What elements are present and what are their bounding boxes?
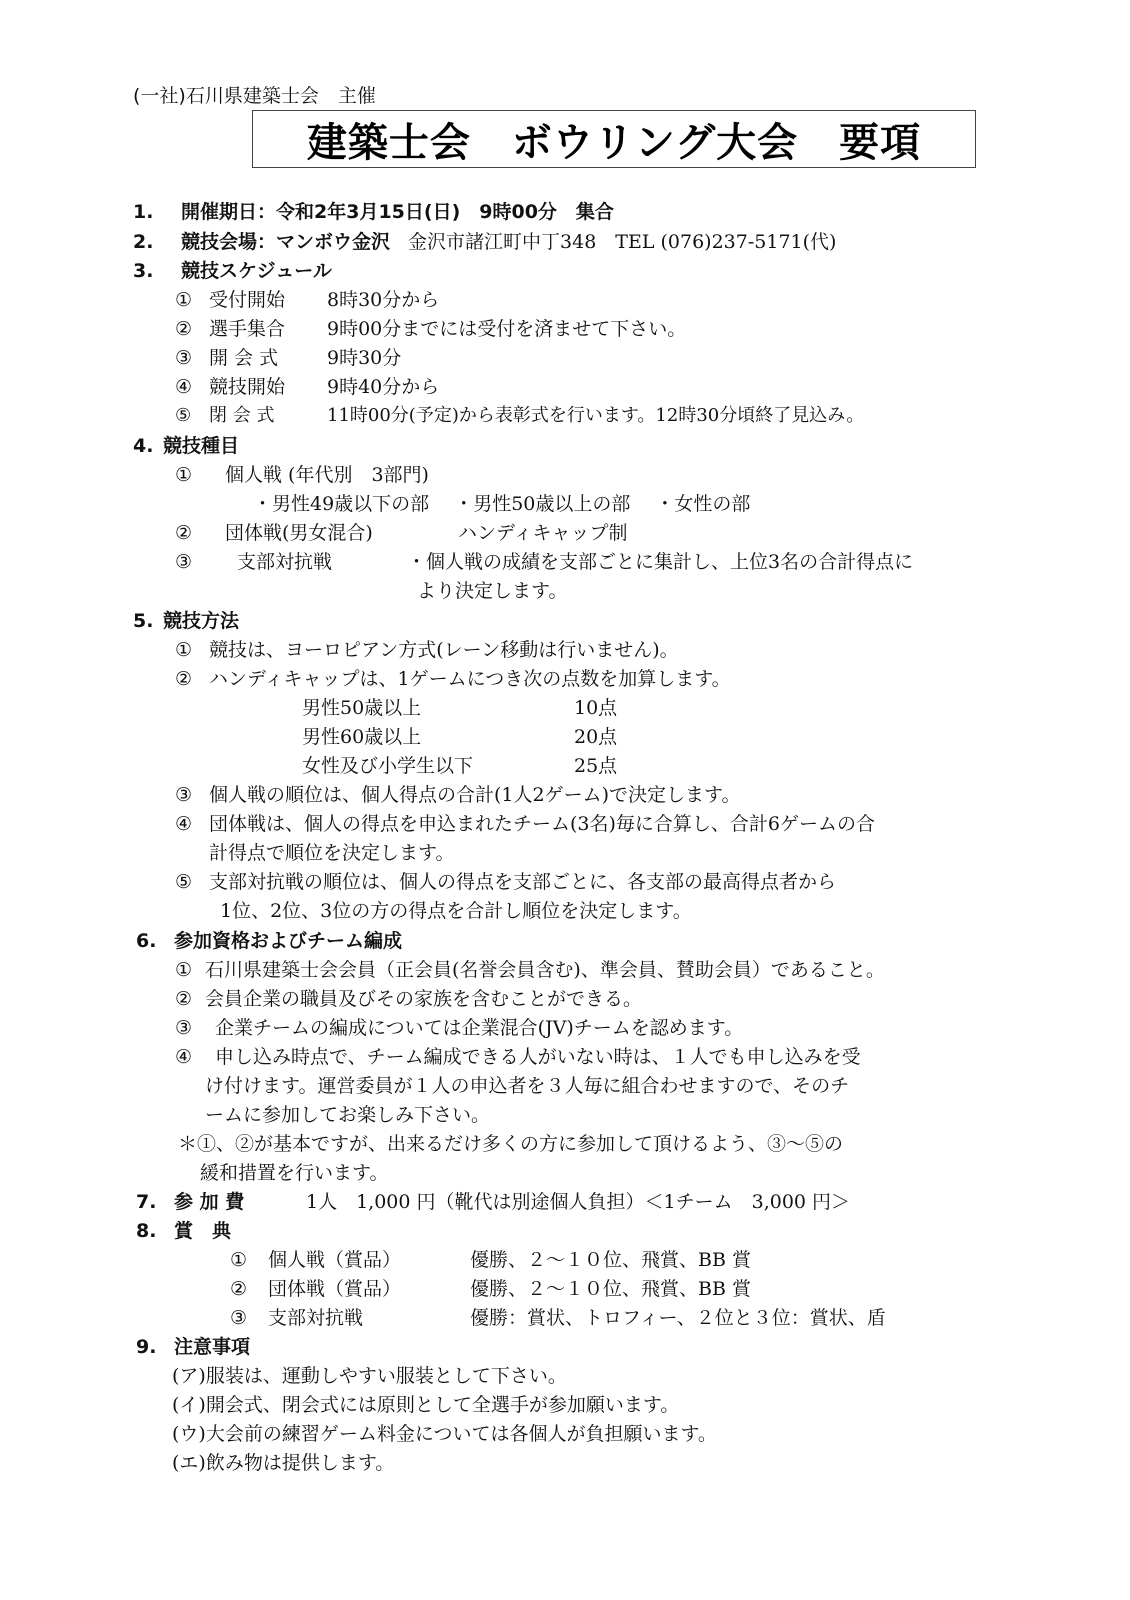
document-page: (一社)石川県建築士会 主催 建築士会 ボウリング大会 要項 1.開催期日：令和… (0, 0, 1130, 1600)
item-text: 競技は、ヨーロピアン方式(レーン移動は行いません)。 (209, 639, 679, 661)
item-value: 優勝：賞状、トロフィー、２位と３位：賞状、盾 (470, 1307, 886, 1329)
section-number: 9. (136, 1333, 174, 1361)
item-name: 個人戦 (年代別 3部門) (225, 464, 429, 486)
event-type-item: ①個人戦 (年代別 3部門) (175, 461, 429, 489)
venue-address: 金沢市諸江町中丁348 TEL (076)237-5171(代) (408, 231, 836, 253)
eligibility-note: ＊①、②が基本ですが、出来るだけ多くの方に参加して頂けるよう、③～⑤の (178, 1130, 843, 1158)
item-text: 会員企業の職員及びその家族を含むことができる。 (205, 988, 642, 1010)
item-value: 優勝、２～１０位、飛賞、BB 賞 (470, 1249, 751, 1271)
item-mark: ② (175, 665, 209, 693)
item-name: 団体戦(男女混合) (225, 519, 458, 547)
section-9-heading: 9.注意事項 (136, 1333, 250, 1361)
eligibility-item: ①石川県建築士会会員（正会員(名誉会員含む)、準会員、賛助会員）であること。 (175, 956, 885, 984)
section-number: 4. (133, 432, 163, 460)
item-value: ハンディキャップ制 (458, 522, 627, 544)
section-number: 5. (133, 607, 163, 635)
schedule-item: ④競技開始9時40分から (175, 373, 439, 401)
participation-fee: 1人 1,000 円（靴代は別途個人負担）＜1チーム 3,000 円＞ (306, 1191, 850, 1213)
method-item: ⑤支部対抗戦の順位は、個人の得点を支部ごとに、各支部の最高得点者から (175, 868, 836, 896)
section-number: 1. (133, 198, 181, 226)
eligibility-item: ③企業チームの編成については企業混合(JV)チームを認めます。 (175, 1014, 743, 1042)
item-text: 石川県建築士会会員（正会員(名誉会員含む)、準会員、賛助会員）であること。 (205, 959, 885, 981)
handicap-points: 25点 (574, 755, 617, 777)
item-mark: ③ (175, 548, 237, 576)
section-label: 競技会場： (181, 231, 276, 253)
item-mark: ① (175, 286, 209, 314)
item-mark: ③ (175, 781, 209, 809)
schedule-item: ⑤閉 会 式11時00分(予定)から表彰式を行います。12時30分頃終了見込み。 (175, 402, 864, 430)
section-8-heading: 8.賞 典 (136, 1217, 231, 1245)
item-name: 閉 会 式 (209, 402, 327, 430)
section-label: 競技種目 (163, 435, 239, 457)
section-number: 7. (136, 1188, 174, 1216)
eligibility-item: ②会員企業の職員及びその家族を含むことができる。 (175, 985, 642, 1013)
section-1: 1.開催期日：令和2年3月15日(日) 9時00分 集合 (133, 198, 614, 226)
item-text: ハンディキャップは、1ゲームにつき次の点数を加算します。 (209, 668, 731, 690)
section-3-heading: 3.競技スケジュール (133, 257, 332, 285)
handicap-row: 女性及び小学生以下25点 (302, 752, 617, 780)
eligibility-item-continued: け付けます。運営委員が１人の申込者を３人毎に組合わせますので、そのチ (205, 1072, 849, 1100)
item-name: 支部対抗戦 (268, 1304, 470, 1332)
section-number: 3. (133, 257, 181, 285)
title-box: 建築士会 ボウリング大会 要項 (252, 110, 976, 168)
item-value: 9時00分までには受付を済ませて下さい。 (327, 318, 686, 340)
item-value: 優勝、２～１０位、飛賞、BB 賞 (470, 1278, 751, 1300)
item-mark: ④ (175, 373, 209, 401)
notice-item: (ウ)大会前の練習ゲーム料金については各個人が負担願います。 (172, 1420, 717, 1448)
notice-item: (エ)飲み物は提供します。 (172, 1449, 394, 1477)
event-type-item: ②団体戦(男女混合)ハンディキャップ制 (175, 519, 627, 547)
handicap-row: 男性60歳以上20点 (302, 723, 617, 751)
award-item: ③支部対抗戦優勝：賞状、トロフィー、２位と３位：賞状、盾 (230, 1304, 886, 1332)
method-item-continued: 計得点で順位を決定します。 (209, 839, 454, 867)
item-name: 開 会 式 (209, 344, 327, 372)
section-label: 注意事項 (174, 1336, 250, 1358)
schedule-item: ①受付開始8時30分から (175, 286, 439, 314)
eligibility-item-continued: ームに参加してお楽しみ下さい。 (205, 1101, 490, 1129)
section-number: 6. (136, 927, 174, 955)
eligibility-note-continued: 緩和措置を行います。 (200, 1159, 388, 1187)
item-text: 個人戦の順位は、個人得点の合計(1人2ゲーム)で決定します。 (209, 784, 740, 806)
item-mark: ③ (175, 1014, 215, 1042)
item-text: 申し込み時点で、チーム編成できる人がいない時は、１人でも申し込みを受 (215, 1046, 861, 1068)
item-name: 選手集合 (209, 315, 327, 343)
section-label: 参 加 費 (174, 1188, 306, 1216)
award-item: ①個人戦（賞品）優勝、２～１０位、飛賞、BB 賞 (230, 1246, 751, 1274)
item-text: 支部対抗戦の順位は、個人の得点を支部ごとに、各支部の最高得点者から (209, 871, 836, 893)
item-value: 9時30分 (327, 347, 401, 369)
section-6-heading: 6.参加資格およびチーム編成 (136, 927, 402, 955)
event-date: 令和2年3月15日(日) 9時00分 集合 (276, 201, 614, 223)
method-item: ④団体戦は、個人の得点を申込まれたチーム(3名)毎に合算し、合計6ゲームの合 (175, 810, 875, 838)
section-label: 競技スケジュール (181, 260, 332, 282)
notice-item: (イ)開会式、閉会式には原則として全選手が参加願います。 (172, 1391, 679, 1419)
handicap-category: 女性及び小学生以下 (302, 752, 574, 780)
handicap-category: 男性50歳以上 (302, 694, 574, 722)
method-item: ③個人戦の順位は、個人得点の合計(1人2ゲーム)で決定します。 (175, 781, 740, 809)
item-name: 受付開始 (209, 286, 327, 314)
item-mark: ① (175, 636, 209, 664)
section-label: 競技方法 (163, 610, 239, 632)
schedule-item: ③開 会 式9時30分 (175, 344, 401, 372)
section-number: 8. (136, 1217, 174, 1245)
handicap-row: 男性50歳以上10点 (302, 694, 617, 722)
schedule-item: ②選手集合9時00分までには受付を済ませて下さい。 (175, 315, 686, 343)
item-mark: ② (175, 519, 225, 547)
item-value: 11時00分(予定)から表彰式を行います。12時30分頃終了見込み。 (327, 405, 864, 426)
method-item: ②ハンディキャップは、1ゲームにつき次の点数を加算します。 (175, 665, 731, 693)
item-mark: ① (175, 461, 225, 489)
item-mark: ⑤ (175, 402, 209, 430)
item-text: 企業チームの編成については企業混合(JV)チームを認めます。 (215, 1017, 743, 1039)
award-item: ②団体戦（賞品）優勝、２～１０位、飛賞、BB 賞 (230, 1275, 751, 1303)
section-2: 2.競技会場：マンボウ金沢金沢市諸江町中丁348 TEL (076)237-51… (133, 228, 836, 256)
item-name: 個人戦（賞品） (268, 1246, 470, 1274)
item-text: 団体戦は、個人の得点を申込まれたチーム(3名)毎に合算し、合計6ゲームの合 (209, 813, 875, 835)
item-name: 支部対抗戦 (237, 548, 407, 576)
method-item-continued: 1位、2位、3位の方の得点を合計し順位を決定します。 (220, 897, 692, 925)
eligibility-item: ④申し込み時点で、チーム編成できる人がいない時は、１人でも申し込みを受 (175, 1043, 861, 1071)
item-name: 競技開始 (209, 373, 327, 401)
item-mark: ① (230, 1246, 268, 1274)
item-mark: ④ (175, 810, 209, 838)
handicap-points: 20点 (574, 726, 617, 748)
item-mark: ④ (175, 1043, 215, 1071)
item-value: 8時30分から (327, 289, 439, 311)
venue-name: マンボウ金沢 (276, 231, 390, 253)
section-4-heading: 4.競技種目 (133, 432, 239, 460)
item-mark: ③ (175, 344, 209, 372)
handicap-category: 男性60歳以上 (302, 723, 574, 751)
handicap-points: 10点 (574, 697, 617, 719)
event-type-item: ③支部対抗戦・個人戦の成績を支部ごとに集計し、上位3名の合計得点に (175, 548, 913, 576)
item-mark: ② (230, 1275, 268, 1303)
item-mark: ① (175, 956, 205, 984)
section-label: 参加資格およびチーム編成 (174, 930, 402, 952)
item-mark: ② (175, 315, 209, 343)
item-value: ・個人戦の成績を支部ごとに集計し、上位3名の合計得点に (407, 551, 913, 573)
section-label: 賞 典 (174, 1220, 231, 1242)
notice-item: (ア)服装は、運動しやすい服装として下さい。 (172, 1362, 567, 1390)
method-item: ①競技は、ヨーロピアン方式(レーン移動は行いません)。 (175, 636, 679, 664)
item-mark: ② (175, 985, 205, 1013)
section-7: 7.参 加 費1人 1,000 円（靴代は別途個人負担）＜1チーム 3,000 … (136, 1188, 850, 1216)
host-organization: (一社)石川県建築士会 主催 (133, 82, 376, 110)
section-number: 2. (133, 228, 181, 256)
section-label: 開催期日： (181, 201, 276, 223)
item-value: 9時40分から (327, 376, 439, 398)
section-5-heading: 5.競技方法 (133, 607, 239, 635)
item-name: 団体戦（賞品） (268, 1275, 470, 1303)
item-mark: ③ (230, 1304, 268, 1332)
individual-divisions: ・男性49歳以下の部 ・男性50歳以上の部 ・女性の部 (253, 490, 750, 518)
item-value-continued: より決定します。 (417, 577, 567, 605)
item-mark: ⑤ (175, 868, 209, 896)
page-title: 建築士会 ボウリング大会 要項 (307, 111, 921, 168)
